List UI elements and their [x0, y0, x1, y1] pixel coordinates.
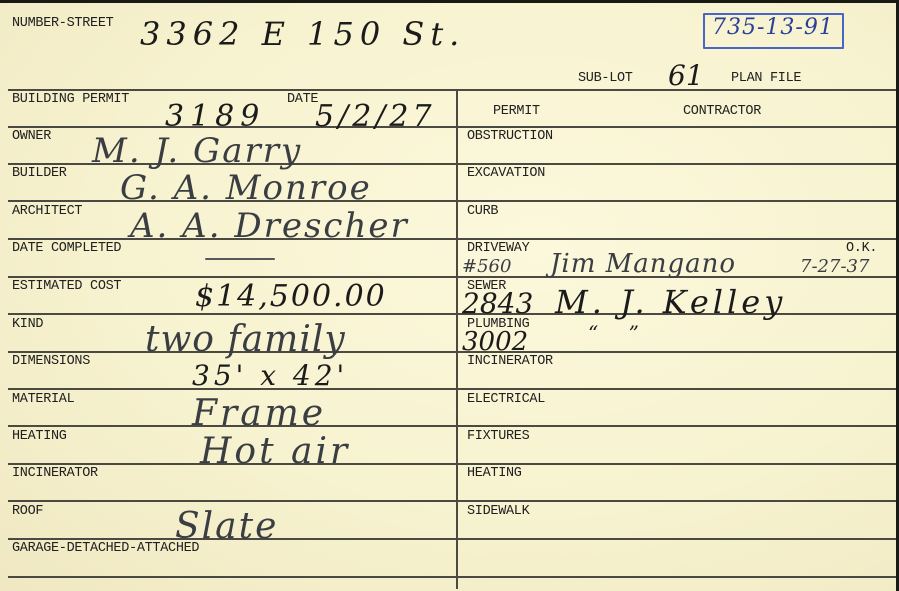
curb-label: CURB	[467, 205, 498, 219]
roof-label: ROOF	[12, 505, 43, 519]
owner-label: OWNER	[12, 130, 51, 144]
permit-column-header: PERMIT	[493, 105, 540, 119]
architect-value: A. A. Drescher	[130, 206, 409, 246]
plumbing-permit-number: 3002	[462, 327, 528, 357]
excavation-label: EXCAVATION	[467, 167, 545, 181]
plan-file-label: PLAN FILE	[731, 72, 801, 86]
heating-label: HEATING	[12, 430, 67, 444]
driveway-label: DRIVEWAY	[467, 242, 529, 256]
row-divider	[8, 126, 896, 128]
sidewalk-label: SIDEWALK	[467, 505, 529, 519]
permit-date-value: 5/2/27	[315, 99, 436, 134]
building-permit-card: NUMBER-STREET 3362 E 150 St. 735-13-91 S…	[0, 3, 896, 591]
row-divider	[8, 538, 896, 540]
date-completed-dash	[205, 258, 275, 260]
sub-lot-label: SUB-LOT	[578, 72, 633, 86]
sub-lot-value: 61	[668, 59, 704, 92]
building-permit-value: 3189	[165, 99, 265, 134]
date-label: DATE	[287, 93, 318, 107]
plumbing-contractor-ditto: “ ”	[588, 321, 651, 345]
date-completed-label: DATE COMPLETED	[12, 242, 121, 256]
row-divider	[8, 276, 896, 278]
incinerator-label: INCINERATOR	[12, 467, 98, 481]
driveway-date: 7-27-37	[800, 256, 869, 277]
electrical-label: ELECTRICAL	[467, 393, 545, 407]
row-divider	[8, 89, 896, 91]
row-divider	[8, 576, 896, 578]
number-street-label: NUMBER-STREET	[12, 17, 113, 31]
estimated-cost-label: ESTIMATED COST	[12, 280, 121, 294]
heating-value: Hot air	[200, 431, 350, 472]
material-label: MATERIAL	[12, 393, 74, 407]
sewer-permit-number: 2843	[462, 287, 533, 320]
dimensions-value: 35' x 42'	[192, 359, 348, 392]
row-divider	[8, 388, 896, 390]
column-divider	[456, 89, 458, 589]
owner-value: M. J. Garry	[92, 131, 302, 171]
estimated-cost-value: $14,500.00	[195, 279, 387, 314]
dimensions-label: DIMENSIONS	[12, 355, 90, 369]
fixtures-label: FIXTURES	[467, 430, 529, 444]
driveway-contractor: Jim Mangano	[550, 249, 736, 279]
row-divider	[8, 425, 896, 427]
sewer-contractor: M. J. Kelley	[555, 283, 786, 321]
builder-label: BUILDER	[12, 167, 67, 181]
garage-label: GARAGE-DETACHED-ATTACHED	[12, 542, 199, 556]
file-number-stamp: 735-13-91	[712, 15, 834, 40]
row-divider	[8, 351, 896, 353]
driveway-permit-number: #560	[462, 256, 511, 277]
roof-value: Slate	[175, 506, 278, 547]
material-value: Frame	[192, 393, 326, 434]
row-divider	[8, 500, 896, 502]
heating-permit-label: HEATING	[467, 467, 522, 481]
contractor-column-header: CONTRACTOR	[683, 105, 761, 119]
incinerator-permit-label: INCINERATOR	[467, 355, 553, 369]
kind-value: two family	[145, 319, 346, 360]
kind-label: KIND	[12, 318, 43, 332]
driveway-status: O.K.	[846, 242, 877, 256]
number-street-value: 3362 E 150 St.	[140, 15, 465, 53]
building-permit-label: BUILDING PERMIT	[12, 93, 129, 107]
architect-label: ARCHITECT	[12, 205, 82, 219]
row-divider	[8, 463, 896, 465]
obstruction-label: OBSTRUCTION	[467, 130, 553, 144]
builder-value: G. A. Monroe	[120, 168, 372, 208]
